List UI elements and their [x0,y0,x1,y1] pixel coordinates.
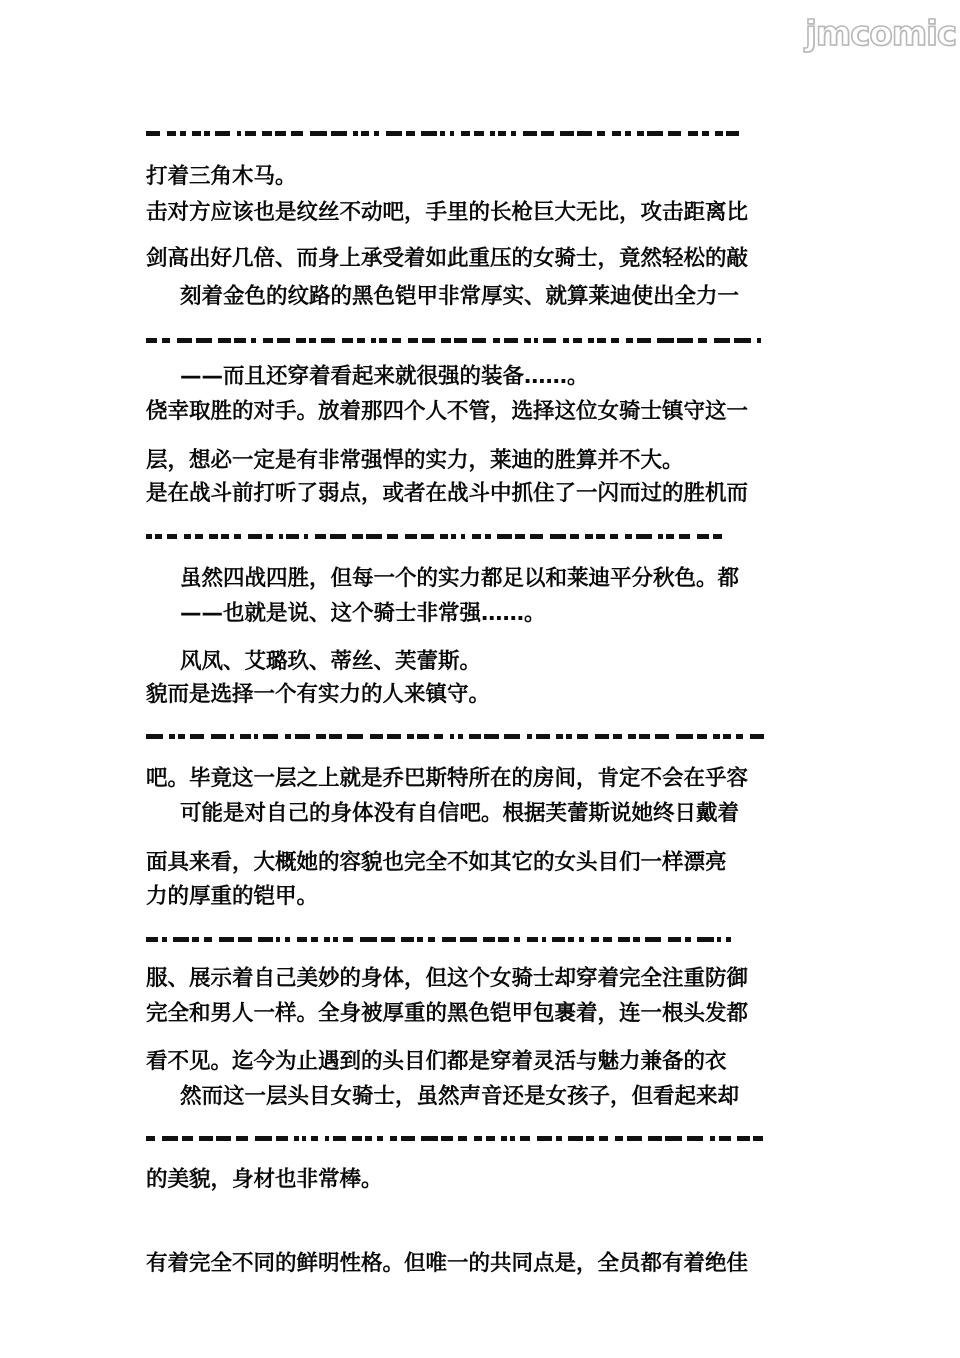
text-line: 打着三角木马。 [146,163,826,191]
clipped-text-fragment [146,1136,814,1142]
text-line: 貌而是选择一个有实力的人来镇守。 [146,681,826,709]
text-line: 刻着金色的纹路的黑色铠甲非常厚实、就算莱迪使出全力一 [180,283,860,311]
jmcomic-watermark-logo: jmcomic [805,14,956,54]
text-line: ——而且还穿着看起来就很强的装备……。 [180,363,860,391]
clipped-text-fragment [146,131,814,137]
text-line: 层，想必一定是有非常强悍的实力，莱迪的胜算并不大。 [146,447,826,475]
text-line: 击对方应该也是纹丝不动吧，手里的长枪巨大无比，攻击距离比 [146,199,826,227]
text-line: 吧。毕竟这一层之上就是乔巴斯特所在的房间，肯定不会在乎容 [146,765,826,793]
text-line: 然而这一层头目女骑士，虽然声音还是女孩子，但看起来却 [180,1083,860,1111]
text-line: 面具来看，大概她的容貌也完全不如其它的女头目们一样漂亮 [146,849,826,877]
text-line: 侥幸取胜的对手。放着那四个人不管，选择这位女骑士镇守这一 [146,398,826,426]
clipped-text-fragment [146,734,814,740]
text-line: ——也就是说、这个骑士非常强……。 [180,600,860,628]
text-line: 风凤、艾璐玖、蒂丝、芙蕾斯。 [180,648,860,676]
text-line: 服、展示着自己美妙的身体，但这个女骑士却穿着完全注重防御 [146,965,826,993]
text-line: 完全和男人一样。全身被厚重的黑色铠甲包裹着，连一根头发都 [146,1000,826,1028]
text-line: 可能是对自己的身体没有自信吧。根据芙蕾斯说她终日戴着 [180,800,860,828]
clipped-text-fragment [146,338,814,344]
text-line: 剑高出好几倍、而身上承受着如此重压的女骑士，竟然轻松的敲 [146,245,826,273]
text-line: 的美貌，身材也非常棒。 [146,1166,826,1194]
text-line: 是在战斗前打听了弱点，或者在战斗中抓住了一闪而过的胜机而 [146,480,826,508]
text-line: 看不见。迄今为止遇到的头目们都是穿着灵活与魅力兼备的衣 [146,1048,826,1076]
text-line: 虽然四战四胜，但每一个的实力都足以和莱迪平分秋色。都 [180,565,860,593]
text-line: 有着完全不同的鲜明性格。但唯一的共同点是，全员都有着绝佳 [146,1250,826,1278]
clipped-text-fragment [146,534,814,540]
text-line: 力的厚重的铠甲。 [146,883,826,911]
clipped-text-fragment [146,937,814,943]
